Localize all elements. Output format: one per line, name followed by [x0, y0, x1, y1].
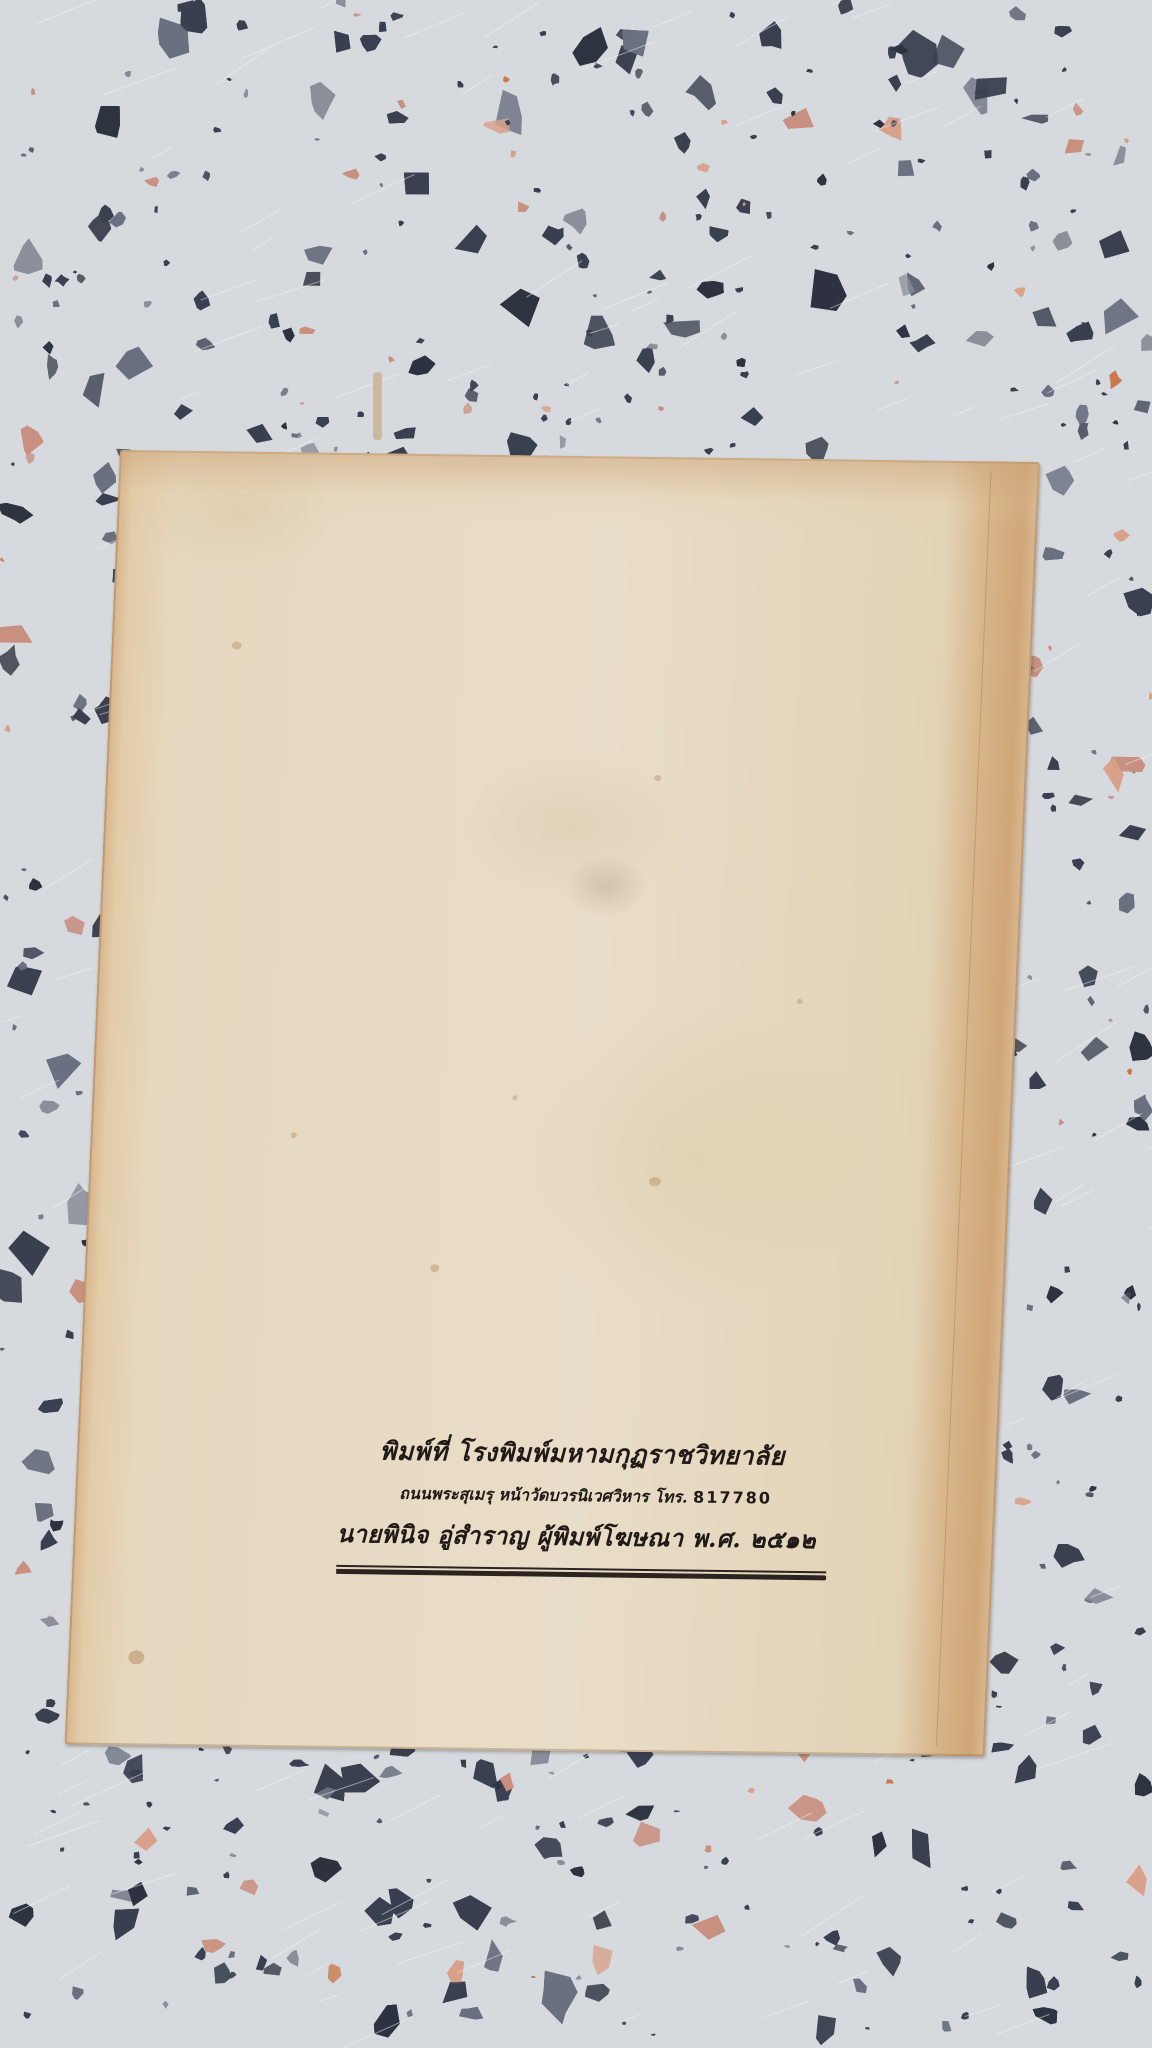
terrazzo-chip	[975, 77, 1007, 100]
floor-scratch	[654, 12, 693, 27]
terrazzo-chip	[35, 1709, 60, 1724]
imprint-address: ถนนพระสุเมรุ หน้าวัดบวรนิเวศวิหาร โทร.	[399, 1484, 688, 1507]
terrazzo-chip	[459, 2007, 483, 2020]
terrazzo-chip	[1092, 1133, 1097, 1137]
terrazzo-chip	[229, 1853, 236, 1857]
terrazzo-chip	[41, 1530, 58, 1551]
imprint-printer-line: พิมพ์ที่ โรงพิมพ์มหามกุฏราชวิทยาลัย	[380, 1431, 838, 1477]
terrazzo-chip	[387, 111, 409, 123]
floor-scratch	[800, 1896, 862, 1937]
terrazzo-chip	[72, 1986, 83, 1999]
floor-scratch	[764, 2001, 810, 2017]
terrazzo-chip	[47, 354, 58, 380]
terrazzo-chip	[50, 1810, 56, 1813]
terrazzo-chip	[228, 1951, 235, 1958]
floor-scratch	[797, 361, 837, 374]
terrazzo-chip	[1086, 901, 1091, 905]
terrazzo-chip	[21, 868, 27, 871]
terrazzo-chip	[195, 1947, 206, 1960]
terrazzo-chip	[341, 1764, 380, 1792]
terrazzo-chip	[194, 291, 210, 311]
floor-scratch	[1005, 1418, 1026, 1426]
terrazzo-chip	[473, 1759, 497, 1788]
terrazzo-chip	[38, 1398, 63, 1413]
terrazzo-chip	[649, 270, 666, 281]
terrazzo-chip	[566, 418, 572, 425]
terrazzo-chip	[455, 225, 487, 253]
terrazzo-chip	[1039, 1564, 1046, 1569]
terrazzo-chip	[281, 422, 287, 429]
terrazzo-chip	[125, 71, 132, 77]
terrazzo-chip	[73, 271, 77, 274]
terrazzo-chip	[203, 171, 211, 182]
terrazzo-chip	[21, 153, 27, 156]
floor-scratch	[950, 1934, 981, 1954]
terrazzo-chip	[336, 0, 345, 7]
floor-scratch	[256, 1771, 303, 1791]
terrazzo-chip	[1073, 102, 1084, 115]
floor-scratch	[954, 407, 975, 415]
terrazzo-chip	[358, 412, 364, 418]
terrazzo-chip	[592, 1945, 613, 1976]
terrazzo-chip	[541, 415, 548, 422]
terrazzo-chip	[12, 1024, 17, 1031]
terrazzo-chip	[399, 221, 404, 226]
floor-scratch	[1055, 345, 1115, 383]
terrazzo-chip	[766, 88, 782, 105]
floor-scratch	[1146, 1136, 1152, 1150]
terrazzo-chip	[932, 221, 941, 232]
terrazzo-chip	[376, 1818, 382, 1824]
terrazzo-chip	[1060, 1861, 1077, 1871]
floor-scratch	[351, 174, 415, 204]
terrazzo-chip	[1112, 420, 1118, 424]
terrazzo-chip	[622, 2022, 626, 2025]
terrazzo-chip	[551, 73, 560, 86]
wooden-peg	[373, 372, 382, 440]
floor-scratch	[448, 364, 492, 380]
floor-scratch	[943, 106, 981, 127]
terrazzo-chip	[1046, 466, 1075, 496]
terrazzo-chip	[968, 1919, 974, 1923]
terrazzo-chip	[311, 1857, 342, 1882]
terrazzo-chip	[1085, 153, 1091, 156]
terrazzo-chip	[909, 1759, 914, 1761]
terrazzo-chip	[53, 300, 60, 307]
terrazzo-chip	[1047, 1976, 1060, 1990]
terrazzo-chip	[0, 1269, 22, 1303]
terrazzo-chip	[876, 1947, 901, 1977]
floor-scratch	[569, 409, 599, 421]
floor-scratch	[103, 67, 178, 95]
terrazzo-chip	[511, 150, 516, 157]
foxing-spot	[128, 1650, 145, 1664]
terrazzo-chip	[95, 106, 120, 138]
terrazzo-chip	[14, 238, 43, 274]
terrazzo-chip	[721, 1857, 729, 1865]
terrazzo-chip	[363, 249, 368, 255]
terrazzo-chip	[458, 81, 464, 87]
terrazzo-chip	[1119, 893, 1134, 914]
terrazzo-chip	[134, 1859, 142, 1865]
terrazzo-chip	[737, 358, 746, 367]
floor-scratch	[601, 283, 667, 310]
terrazzo-chip	[1047, 756, 1059, 769]
terrazzo-chip	[0, 1348, 4, 1351]
terrazzo-chip	[244, 89, 248, 98]
terrazzo-chip	[1011, 387, 1019, 391]
terrazzo-chip	[1055, 26, 1072, 37]
terrazzo-chip	[838, 0, 853, 15]
terrazzo-chip	[542, 226, 564, 246]
terrazzo-chip	[60, 1848, 64, 1852]
terrazzo-chip	[1065, 139, 1084, 153]
terrazzo-chip	[500, 289, 540, 327]
terrazzo-chip	[735, 287, 743, 292]
terrazzo-chip	[375, 153, 386, 161]
terrazzo-chip	[283, 328, 295, 343]
terrazzo-chip	[898, 160, 915, 176]
terrazzo-chip	[676, 1946, 684, 1951]
terrazzo-chip	[685, 75, 716, 110]
terrazzo-chip	[823, 1930, 840, 1945]
floor-scratch	[1061, 1190, 1095, 1207]
terrazzo-chip	[407, 2009, 413, 2017]
terrazzo-chip	[1061, 423, 1066, 427]
terrazzo-chip	[300, 402, 305, 405]
terrazzo-chip	[1086, 1492, 1094, 1497]
floor-scratch	[307, 1965, 325, 1975]
terrazzo-chip	[7, 966, 42, 995]
terrazzo-chip	[1114, 529, 1130, 541]
terrazzo-chip	[187, 1887, 200, 1896]
terrazzo-chip	[1062, 67, 1067, 72]
floor-scratch	[852, 4, 892, 18]
terrazzo-chip	[39, 1101, 59, 1114]
floor-scratch	[241, 211, 278, 231]
floor-scratch	[1067, 1675, 1087, 1687]
terrazzo-chip	[996, 1912, 1017, 1928]
terrazzo-chip	[1021, 177, 1030, 191]
terrazzo-chip	[0, 625, 32, 642]
terrazzo-chip	[817, 174, 827, 186]
terrazzo-chip	[531, 1976, 535, 1978]
terrazzo-chip	[630, 110, 635, 117]
floor-scratch	[397, 1941, 466, 1963]
terrazzo-chip	[1090, 1682, 1103, 1696]
terrazzo-chip	[1078, 422, 1089, 440]
floor-scratch	[1074, 447, 1107, 462]
floor-scratch	[404, 13, 465, 38]
terrazzo-chip	[154, 206, 158, 213]
terrazzo-chip	[21, 426, 44, 456]
floor-scratch	[1001, 403, 1049, 418]
terrazzo-chip	[1116, 1396, 1123, 1403]
floor-scratch	[847, 148, 880, 163]
terrazzo-chip	[409, 356, 436, 376]
terrazzo-chip	[1053, 231, 1073, 251]
terrazzo-chip	[811, 269, 847, 311]
terrazzo-chip	[736, 199, 750, 214]
terrazzo-chip	[886, 1779, 893, 1783]
terrazzo-chip	[560, 435, 566, 449]
terrazzo-chip	[50, 1519, 63, 1531]
terrazzo-chip	[624, 394, 632, 403]
terrazzo-chip	[500, 1916, 517, 1926]
terrazzo-chip	[5, 725, 11, 733]
terrazzo-chip	[1124, 588, 1152, 616]
terrazzo-chip	[18, 1130, 29, 1137]
terrazzo-chip	[237, 20, 248, 30]
floor-scratch	[201, 279, 258, 300]
floor-scratch	[19, 1080, 59, 1099]
terrazzo-chip	[641, 102, 653, 117]
floor-scratch	[253, 238, 273, 251]
terrazzo-chip	[360, 35, 381, 52]
floor-scratch	[28, 1820, 100, 1846]
terrazzo-chip	[1072, 859, 1084, 871]
terrazzo-chip	[1092, 750, 1097, 754]
terrazzo-chip	[1003, 1441, 1013, 1450]
terrazzo-chip	[134, 1852, 140, 1859]
terrazzo-chip	[1137, 1303, 1141, 1311]
floor-scratch	[1039, 1743, 1113, 1769]
terrazzo-chip	[8, 1231, 49, 1276]
terrazzo-chip	[984, 150, 991, 158]
floor-scratch	[461, 75, 494, 95]
terrazzo-chip	[24, 2012, 32, 2019]
terrazzo-chip	[35, 1503, 54, 1522]
floor-scratch	[624, 2014, 643, 2021]
terrazzo-chip	[705, 1845, 712, 1852]
terrazzo-chip	[1042, 1375, 1063, 1401]
terrazzo-chip	[55, 274, 70, 286]
terrazzo-chip	[1062, 1664, 1067, 1672]
terrazzo-chip	[40, 1617, 59, 1627]
terrazzo-chip	[1054, 1544, 1085, 1568]
terrazzo-chip	[269, 313, 280, 328]
floor-scratch	[35, 0, 108, 24]
floor-scratch	[318, 1995, 338, 2001]
floor-scratch	[390, 1795, 440, 1820]
terrazzo-chip	[865, 2027, 870, 2029]
terrazzo-chip	[900, 30, 939, 78]
terrazzo-chip	[910, 334, 936, 352]
terrazzo-chip	[685, 1914, 699, 1924]
terrazzo-chip	[38, 1214, 44, 1219]
floor-scratch	[996, 2014, 1049, 2034]
terrazzo-chip	[573, 27, 608, 66]
terrazzo-chip	[29, 878, 42, 890]
terrazzo-chip	[1109, 1019, 1113, 1022]
terrazzo-chip	[144, 177, 159, 187]
terrazzo-chip	[43, 341, 54, 354]
terrazzo-chip	[1050, 1643, 1065, 1655]
terrazzo-chip	[575, 1975, 582, 1980]
terrazzo-chip	[1113, 146, 1126, 166]
terrazzo-chip	[896, 325, 910, 338]
terrazzo-chip	[563, 209, 587, 235]
terrazzo-chip	[559, 1821, 566, 1828]
floor-scratch	[4, 1015, 23, 1022]
terrazzo-chip	[388, 356, 394, 362]
terrazzo-chip	[1030, 1071, 1047, 1089]
terrazzo-chip	[9, 1904, 34, 1927]
terrazzo-chip	[942, 2021, 951, 2032]
floor-scratch	[13, 1886, 70, 1913]
terrazzo-chip	[263, 1963, 281, 1976]
terrazzo-chip	[533, 393, 538, 400]
terrazzo-chip	[28, 147, 34, 153]
terrazzo-chip	[1071, 209, 1077, 213]
terrazzo-chip	[596, 417, 602, 423]
terrazzo-chip	[710, 226, 729, 242]
terrazzo-chip	[990, 1652, 1019, 1674]
terrazzo-chip	[1027, 975, 1032, 980]
terrazzo-chip	[342, 169, 359, 180]
terrazzo-chip	[64, 916, 85, 935]
foxing-spot	[291, 1132, 297, 1138]
terrazzo-chip	[806, 69, 813, 73]
terrazzo-chip	[1143, 1005, 1149, 1014]
terrazzo-chip	[1087, 996, 1095, 1007]
terrazzo-chip	[784, 1945, 790, 1948]
terrazzo-chip	[144, 301, 152, 307]
terrazzo-chip	[674, 132, 691, 154]
terrazzo-chip	[534, 1837, 562, 1859]
floor-scratch	[1087, 578, 1118, 596]
terrazzo-chip	[443, 1982, 468, 2003]
terrazzo-chip	[1111, 1952, 1129, 1962]
terrazzo-chip	[912, 1829, 931, 1868]
terrazzo-chip	[163, 1827, 171, 1831]
floor-scratch	[1034, 644, 1080, 672]
terrazzo-chip	[447, 1960, 464, 1984]
floor-scratch	[283, 1903, 340, 1930]
terrazzo-chip	[1032, 307, 1056, 327]
terrazzo-chip	[541, 406, 551, 412]
terrazzo-chip	[534, 188, 541, 193]
terrazzo-chip	[1130, 1032, 1152, 1061]
terrazzo-chip	[1065, 1267, 1070, 1273]
floor-scratch	[481, 1817, 501, 1827]
terrazzo-chip	[697, 163, 710, 173]
terrazzo-chip	[1027, 1967, 1047, 1999]
floor-scratch	[736, 106, 783, 125]
floor-scratch	[632, 298, 659, 311]
floor-scratch	[1059, 1373, 1122, 1398]
terrazzo-chip	[1056, 1480, 1060, 1485]
terrazzo-chip	[697, 281, 724, 299]
terrazzo-chip	[223, 1872, 229, 1879]
terrazzo-chip	[748, 1788, 755, 1793]
terrazzo-chip	[1127, 1069, 1132, 1075]
terrazzo-chip	[1014, 98, 1018, 104]
terrazzo-chip	[390, 12, 403, 21]
terrazzo-chip	[416, 338, 425, 343]
terrazzo-chip	[492, 46, 498, 49]
terrazzo-chip	[730, 443, 736, 447]
terrazzo-chip	[918, 159, 926, 164]
terrazzo-chip	[1135, 1627, 1146, 1635]
terrazzo-chip	[394, 428, 416, 440]
terrazzo-chip	[76, 1091, 82, 1095]
terrazzo-chip	[1135, 1773, 1152, 1796]
terrazzo-chip	[334, 31, 350, 53]
terrazzo-chip	[139, 167, 144, 172]
terrazzo-chip	[966, 331, 994, 346]
terrazzo-chip	[1089, 1486, 1096, 1492]
terrazzo-chip	[659, 211, 666, 221]
terrazzo-chip	[1026, 169, 1040, 181]
terrazzo-chip	[164, 260, 171, 266]
terrazzo-chip	[635, 69, 643, 79]
terrazzo-chip	[1078, 965, 1097, 987]
terrazzo-chip	[847, 231, 854, 235]
terrazzo-chip	[1104, 298, 1139, 334]
terrazzo-chip	[328, 1964, 341, 1984]
terrazzo-chip	[961, 1886, 968, 1891]
terrazzo-chip	[1099, 230, 1129, 258]
terrazzo-chip	[1096, 379, 1101, 385]
terrazzo-chip	[83, 373, 105, 408]
terrazzo-chip	[163, 2001, 169, 2009]
terrazzo-chip	[783, 108, 814, 129]
foxing-spot	[797, 999, 803, 1004]
terrazzo-chip	[721, 333, 727, 340]
terrazzo-chip	[766, 212, 772, 220]
terrazzo-chip	[597, 1817, 614, 1827]
terrazzo-chip	[1034, 1188, 1053, 1215]
terrazzo-chip	[1129, 576, 1134, 581]
terrazzo-chip	[570, 1866, 584, 1877]
terrazzo-chip	[3, 894, 9, 901]
terrazzo-chip	[659, 367, 667, 376]
terrazzo-chip	[42, 274, 51, 288]
floor-scratch	[965, 2004, 1003, 2016]
terrazzo-chip	[1014, 288, 1026, 297]
terrazzo-chip	[316, 417, 329, 428]
terrazzo-chip	[1069, 795, 1094, 806]
terrazzo-chip	[365, 1897, 395, 1926]
terrazzo-chip	[11, 462, 15, 466]
terrazzo-chip	[1030, 245, 1035, 251]
terrazzo-chip	[201, 1939, 226, 1953]
floor-scratch	[59, 1951, 103, 1980]
floor-scratch	[875, 107, 938, 131]
terrazzo-chip	[566, 244, 572, 251]
terrazzo-chip	[1141, 334, 1152, 351]
terrazzo-chip	[633, 1822, 660, 1847]
terrazzo-chip	[696, 189, 710, 209]
terrazzo-chip	[374, 1755, 380, 1760]
terrazzo-chip	[199, 1748, 204, 1751]
terrazzo-chip	[483, 118, 509, 133]
terrazzo-chip	[542, 1971, 578, 2025]
terrazzo-chip	[996, 1706, 1002, 1708]
floor-scratch	[72, 1773, 144, 1805]
terrazzo-chip	[213, 127, 221, 133]
terrazzo-chip	[696, 214, 702, 221]
terrazzo-chip	[987, 262, 994, 270]
terrazzo-chip	[911, 304, 916, 309]
terrazzo-chip	[240, 1880, 259, 1896]
floor-scratch	[567, 372, 589, 385]
floor-scratch	[336, 373, 403, 398]
imprint-publisher-line: นายพินิจ อู่สำราญ ผู้พิมพ์โฆษณา พ.ศ. ๒๕๑…	[336, 1514, 836, 1560]
terrazzo-chip	[1068, 1901, 1084, 1910]
floor-scratch	[253, 280, 325, 303]
